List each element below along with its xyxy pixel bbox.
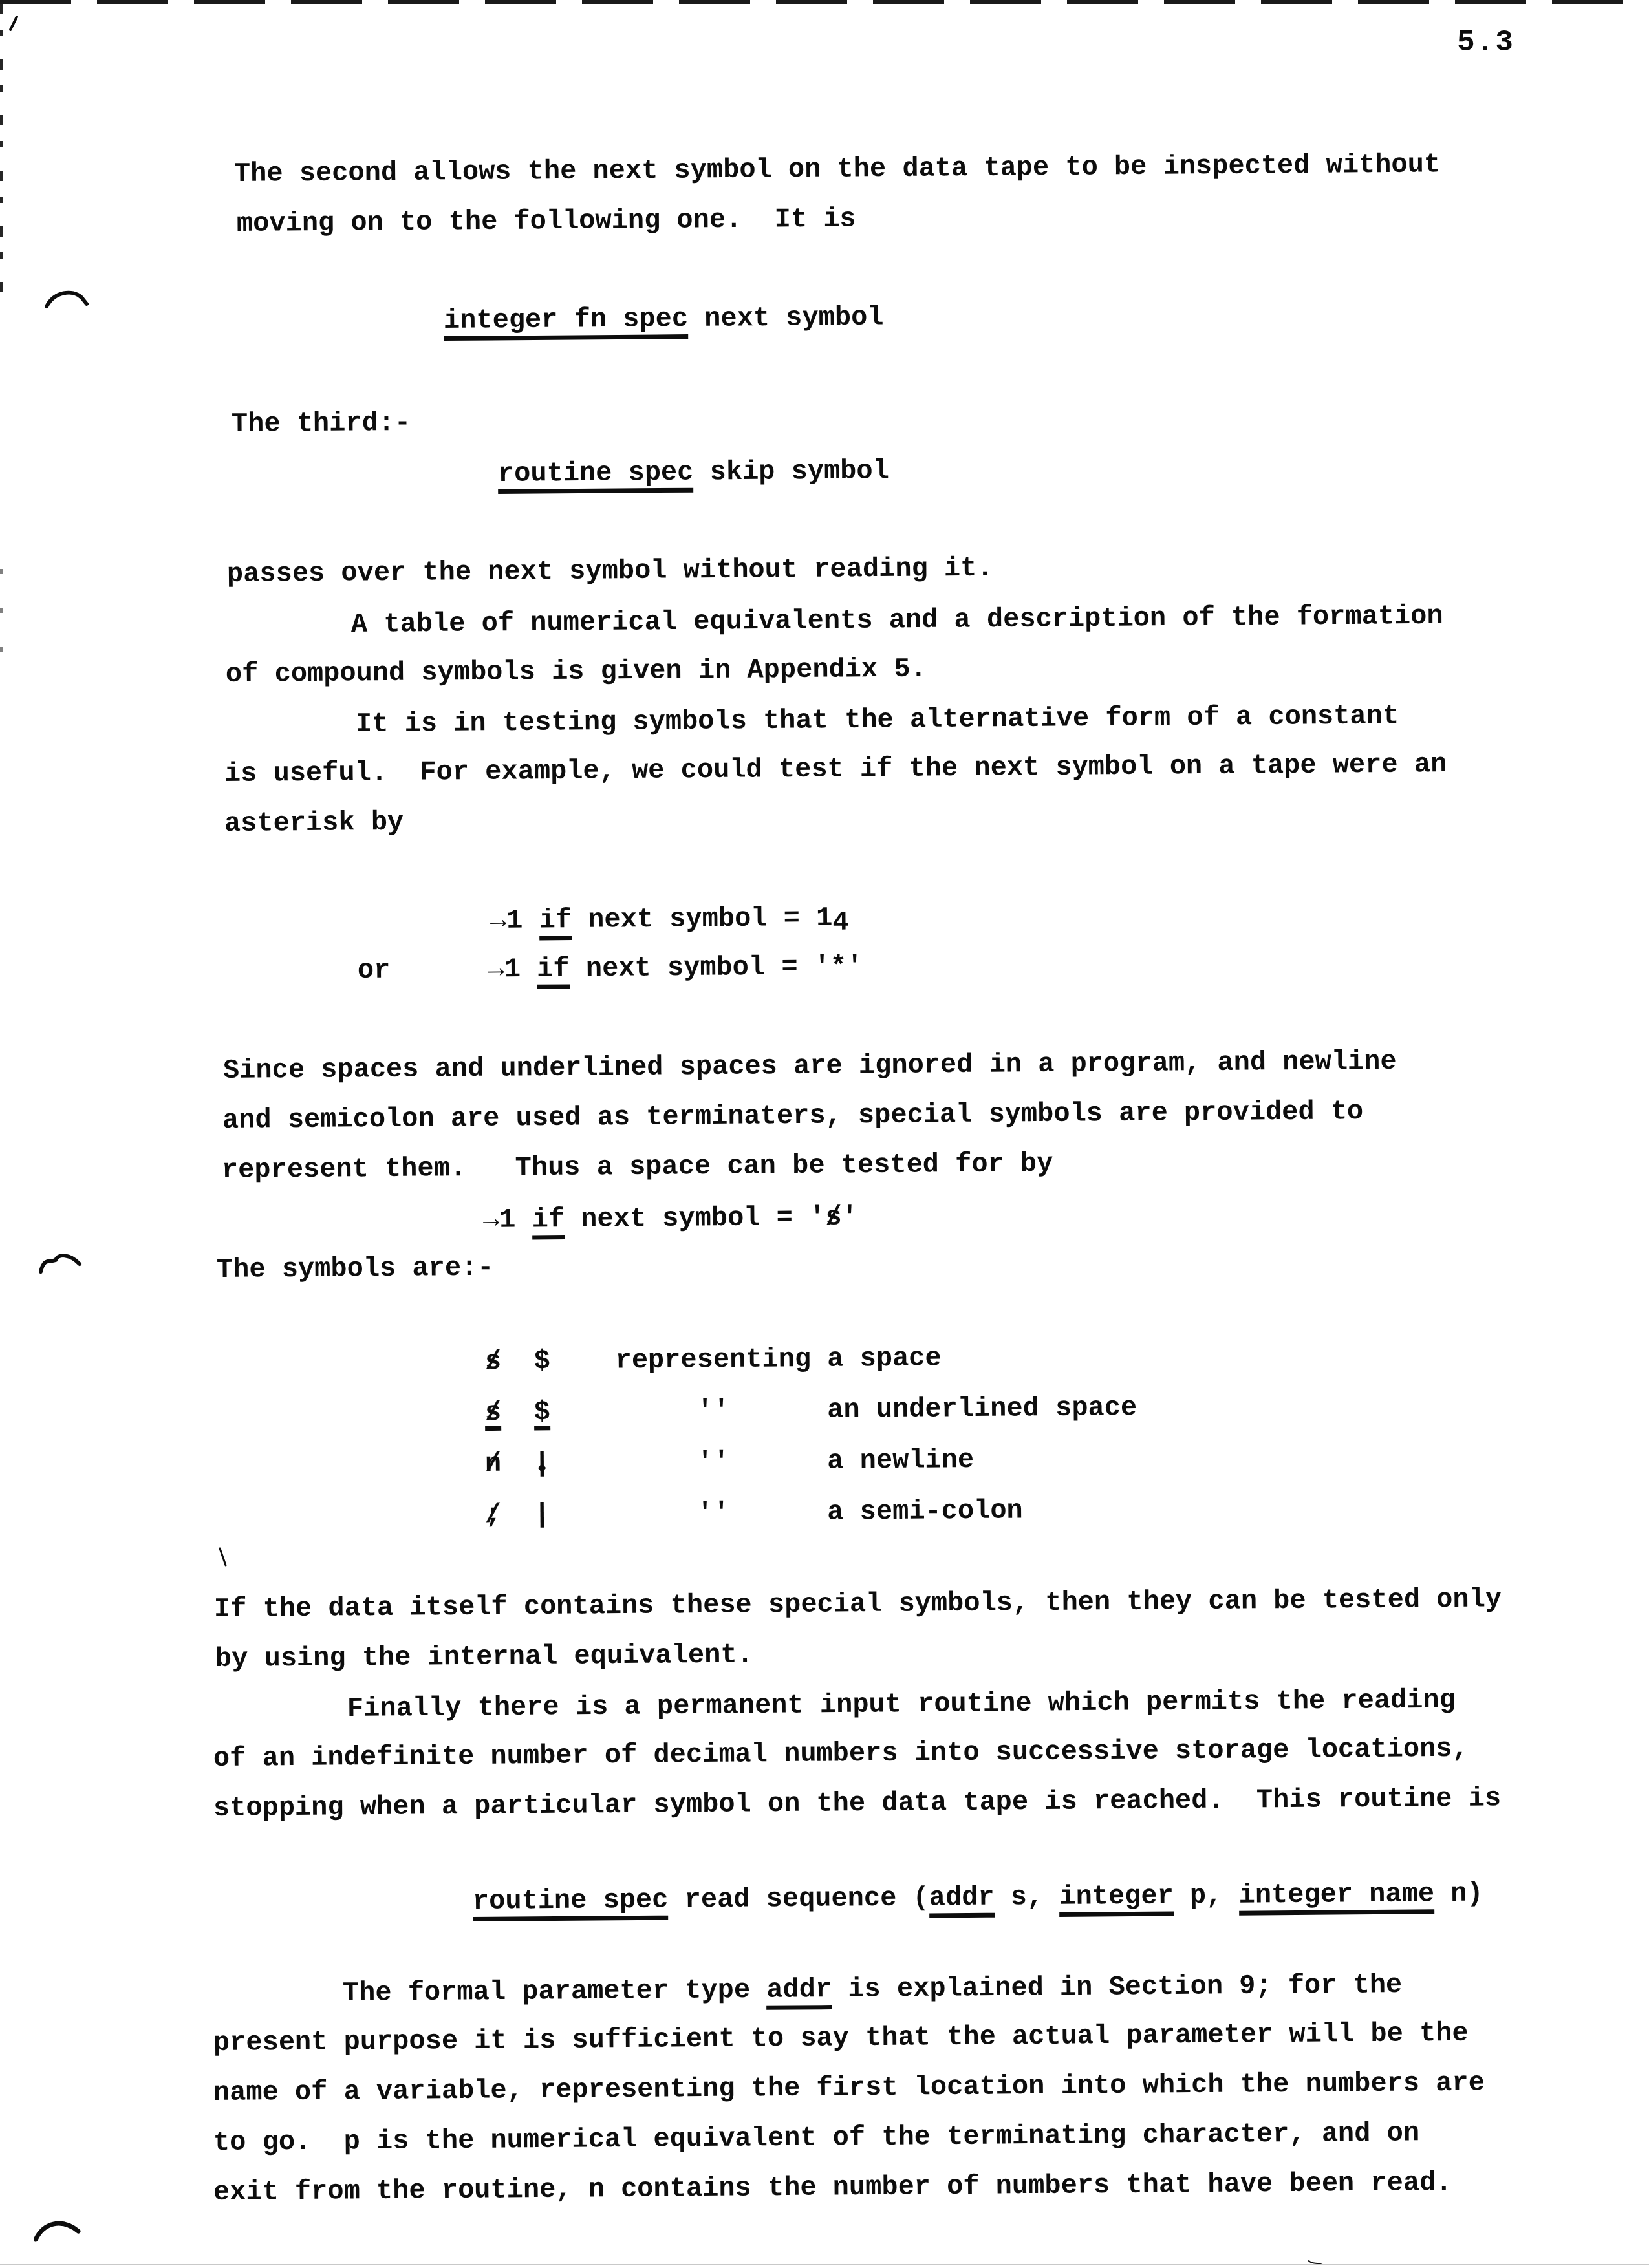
- text-segment: by using the internal equivalent.: [215, 1639, 753, 1674]
- text-segment: The formal parameter type: [343, 1974, 767, 2009]
- underlined-text: integer fn spec: [444, 303, 688, 341]
- text-segment: ': [841, 1201, 858, 1232]
- text-line: Finally there is a permanent input routi…: [347, 1687, 1456, 1722]
- text-line: The third:-: [232, 409, 411, 438]
- bar-symbol-glyph: |: [533, 1501, 550, 1528]
- underlined-text: integer name: [1238, 1878, 1434, 1915]
- text-line: If the data itself contains these specia…: [214, 1585, 1502, 1623]
- pencil-tick-top-left: [8, 14, 19, 32]
- text-segment: It is in testing symbols that the altern…: [356, 700, 1399, 740]
- s-slash-symbol-glyph: s/: [825, 1204, 842, 1231]
- text-line: exit from the routine, n contains the nu…: [213, 2169, 1452, 2206]
- underlined-text: if: [537, 953, 570, 989]
- text-segment: next symbol = ': [565, 1202, 826, 1235]
- text-line: represent them. Thus a space can be test…: [222, 1150, 1053, 1184]
- text-segment: p,: [1174, 1880, 1239, 1912]
- semicolon-slash-symbol-glyph: ;/: [485, 1501, 502, 1528]
- text-segment: [729, 1497, 828, 1528]
- text-segment: [501, 1396, 534, 1428]
- text-line: of an indefinite number of decimal numbe…: [213, 1735, 1469, 1772]
- text-line: present purpose it is sufficient to say …: [213, 2020, 1469, 2057]
- symbol-row-space: s/ $ representing a space: [485, 1344, 942, 1375]
- text-segment: next symbol = '*': [570, 951, 863, 985]
- symbol-row-underlined-space: s/ $ '' an underlined space: [485, 1394, 1137, 1431]
- text-segment: The second allows the next symbol on the…: [234, 149, 1440, 189]
- pencil-squiggle-bottom: [1308, 2259, 1324, 2267]
- pencil-mark-backslash: [217, 1546, 229, 1568]
- text-segment: passes over the next symbol without read…: [227, 553, 993, 590]
- text-segment: stopping when a particular symbol on the…: [213, 1782, 1501, 1824]
- text-line: name of a variable, representing the fir…: [213, 2070, 1485, 2106]
- text-segment: [550, 1395, 697, 1428]
- text-segment: or: [358, 955, 391, 986]
- text-line: and semicolon are used as terminaters, s…: [222, 1098, 1364, 1134]
- text-line: to go. p is the numerical equivalent of …: [213, 2119, 1419, 2156]
- text-segment: '': [696, 1446, 729, 1477]
- text-line: →1 if next symbol = 's/': [483, 1203, 858, 1234]
- text-segment: '': [696, 1395, 729, 1426]
- text-segment: skip symbol: [693, 455, 889, 487]
- underlined-text: integer: [1059, 1880, 1174, 1916]
- scanned-document-page: 5.3 The second allows the next symbol on…: [0, 0, 1649, 2268]
- text-line: or →1 if next symbol = '*': [358, 953, 863, 984]
- underlined-text: routine spec: [498, 457, 694, 494]
- bar-diamond-symbol-glyph: |♦: [533, 1450, 550, 1477]
- text-segment: [501, 1499, 534, 1530]
- text-segment: [729, 1446, 828, 1477]
- text-segment: is explained in Section 9; for the: [832, 1969, 1403, 2005]
- underlined-text: routine spec: [473, 1885, 669, 1921]
- text-segment: of an indefinite number of decimal numbe…: [213, 1733, 1469, 1774]
- pencil-arc-2: [39, 1250, 85, 1278]
- text-segment: →1: [483, 1204, 532, 1236]
- text-segment: A table of numerical equivalents and a d…: [351, 601, 1443, 640]
- symbol-row-newline: n/ |♦ '' a newline: [485, 1446, 974, 1477]
- underlined-text: addr: [766, 1974, 832, 2010]
- scan-edge-left-lower: [0, 569, 3, 659]
- text-line: Since spaces and underlined spaces are i…: [223, 1048, 1397, 1084]
- scan-edge-left: [0, 4, 3, 308]
- text-segment: asterisk by: [224, 807, 404, 839]
- text-segment: next symbol = 1: [572, 903, 833, 936]
- scan-edge-top: [0, 0, 1649, 4]
- text-segment: moving on to the following one. It is: [237, 203, 856, 239]
- text-line: The second allows the next symbol on the…: [234, 151, 1440, 187]
- scan-edge-bottom: [0, 2264, 1649, 2265]
- dollar-symbol-glyph: $: [533, 1398, 550, 1430]
- text-segment: a semi-colon: [827, 1495, 1023, 1527]
- text-segment: [550, 1446, 697, 1479]
- symbol-row-semicolon: ;/ | '' a semi-colon: [485, 1497, 1023, 1528]
- text-segment: represent them. Thus a space can be test…: [222, 1148, 1053, 1186]
- text-segment: Since spaces and underlined spaces are i…: [223, 1046, 1397, 1086]
- text-segment: '': [696, 1497, 729, 1528]
- text-line: stopping when a particular symbol on the…: [213, 1784, 1501, 1822]
- text-segment: to go. p is the numerical equivalent of …: [213, 2117, 1419, 2158]
- text-segment: an underlined space: [827, 1392, 1137, 1426]
- dollar-symbol-glyph: $: [533, 1347, 550, 1375]
- text-segment: and semicolon are used as terminaters, s…: [222, 1096, 1364, 1136]
- text-line: of compound symbols is given in Appendix…: [226, 655, 927, 688]
- text-line: asterisk by: [224, 809, 404, 837]
- text-segment: The symbols are:-: [217, 1252, 494, 1285]
- text-segment: exit from the routine, n contains the nu…: [213, 2167, 1452, 2208]
- text-segment: 4: [832, 909, 849, 936]
- s-slash-symbol-glyph: s/: [485, 1348, 502, 1375]
- text-segment: If the data itself contains these specia…: [214, 1583, 1502, 1625]
- text-line: routine spec skip symbol: [498, 457, 889, 487]
- text-line: moving on to the following one. It is: [237, 205, 856, 237]
- text-line: →1 if next symbol = 14: [490, 904, 849, 934]
- text-line: passes over the next symbol without read…: [227, 555, 993, 588]
- text-segment: n): [1434, 1878, 1483, 1910]
- text-segment: [729, 1395, 828, 1426]
- text-line: is useful. For example, we could test if…: [224, 751, 1447, 787]
- text-segment: read sequence (: [668, 1882, 929, 1915]
- page-number: 5.3: [1457, 26, 1514, 59]
- text-segment: [550, 1345, 616, 1376]
- n-slash-symbol-glyph: n/: [485, 1450, 502, 1477]
- text-segment: next symbol: [688, 302, 884, 334]
- text-segment: The third:-: [232, 407, 411, 440]
- text-segment: [390, 954, 488, 985]
- pencil-arc-1: [45, 288, 91, 313]
- text-segment: [501, 1345, 534, 1376]
- text-segment: [501, 1448, 534, 1479]
- text-segment: →1: [488, 954, 537, 985]
- text-line: It is in testing symbols that the altern…: [356, 702, 1399, 738]
- underlined-text: addr: [929, 1882, 995, 1918]
- underlined-text: if: [532, 1204, 565, 1239]
- text-line: integer fn spec next symbol: [444, 304, 884, 334]
- underlined-text: if: [539, 904, 572, 940]
- text-segment: a newline: [827, 1444, 974, 1477]
- text-segment: →1: [490, 904, 539, 936]
- text-segment: present purpose it is sufficient to say …: [213, 2018, 1469, 2059]
- text-line: routine spec read sequence (addr s, inte…: [473, 1880, 1483, 1915]
- text-segment: of compound symbols is given in Appendix…: [226, 653, 927, 690]
- text-line: The formal parameter type addr is explai…: [343, 1971, 1403, 2007]
- text-segment: Finally there is a permanent input routi…: [347, 1685, 1456, 1724]
- text-line: The symbols are:-: [217, 1254, 494, 1283]
- s-slash-symbol-glyph: s/: [485, 1399, 502, 1431]
- text-line: A table of numerical equivalents and a d…: [351, 603, 1443, 638]
- text-segment: [550, 1497, 697, 1530]
- text-segment: representing a space: [615, 1342, 941, 1376]
- text-segment: s,: [994, 1881, 1059, 1913]
- pencil-arc-3: [34, 2218, 81, 2243]
- text-segment: is useful. For example, we could test if…: [224, 749, 1447, 789]
- text-segment: name of a variable, representing the fir…: [213, 2068, 1485, 2108]
- text-line: by using the internal equivalent.: [215, 1641, 753, 1673]
